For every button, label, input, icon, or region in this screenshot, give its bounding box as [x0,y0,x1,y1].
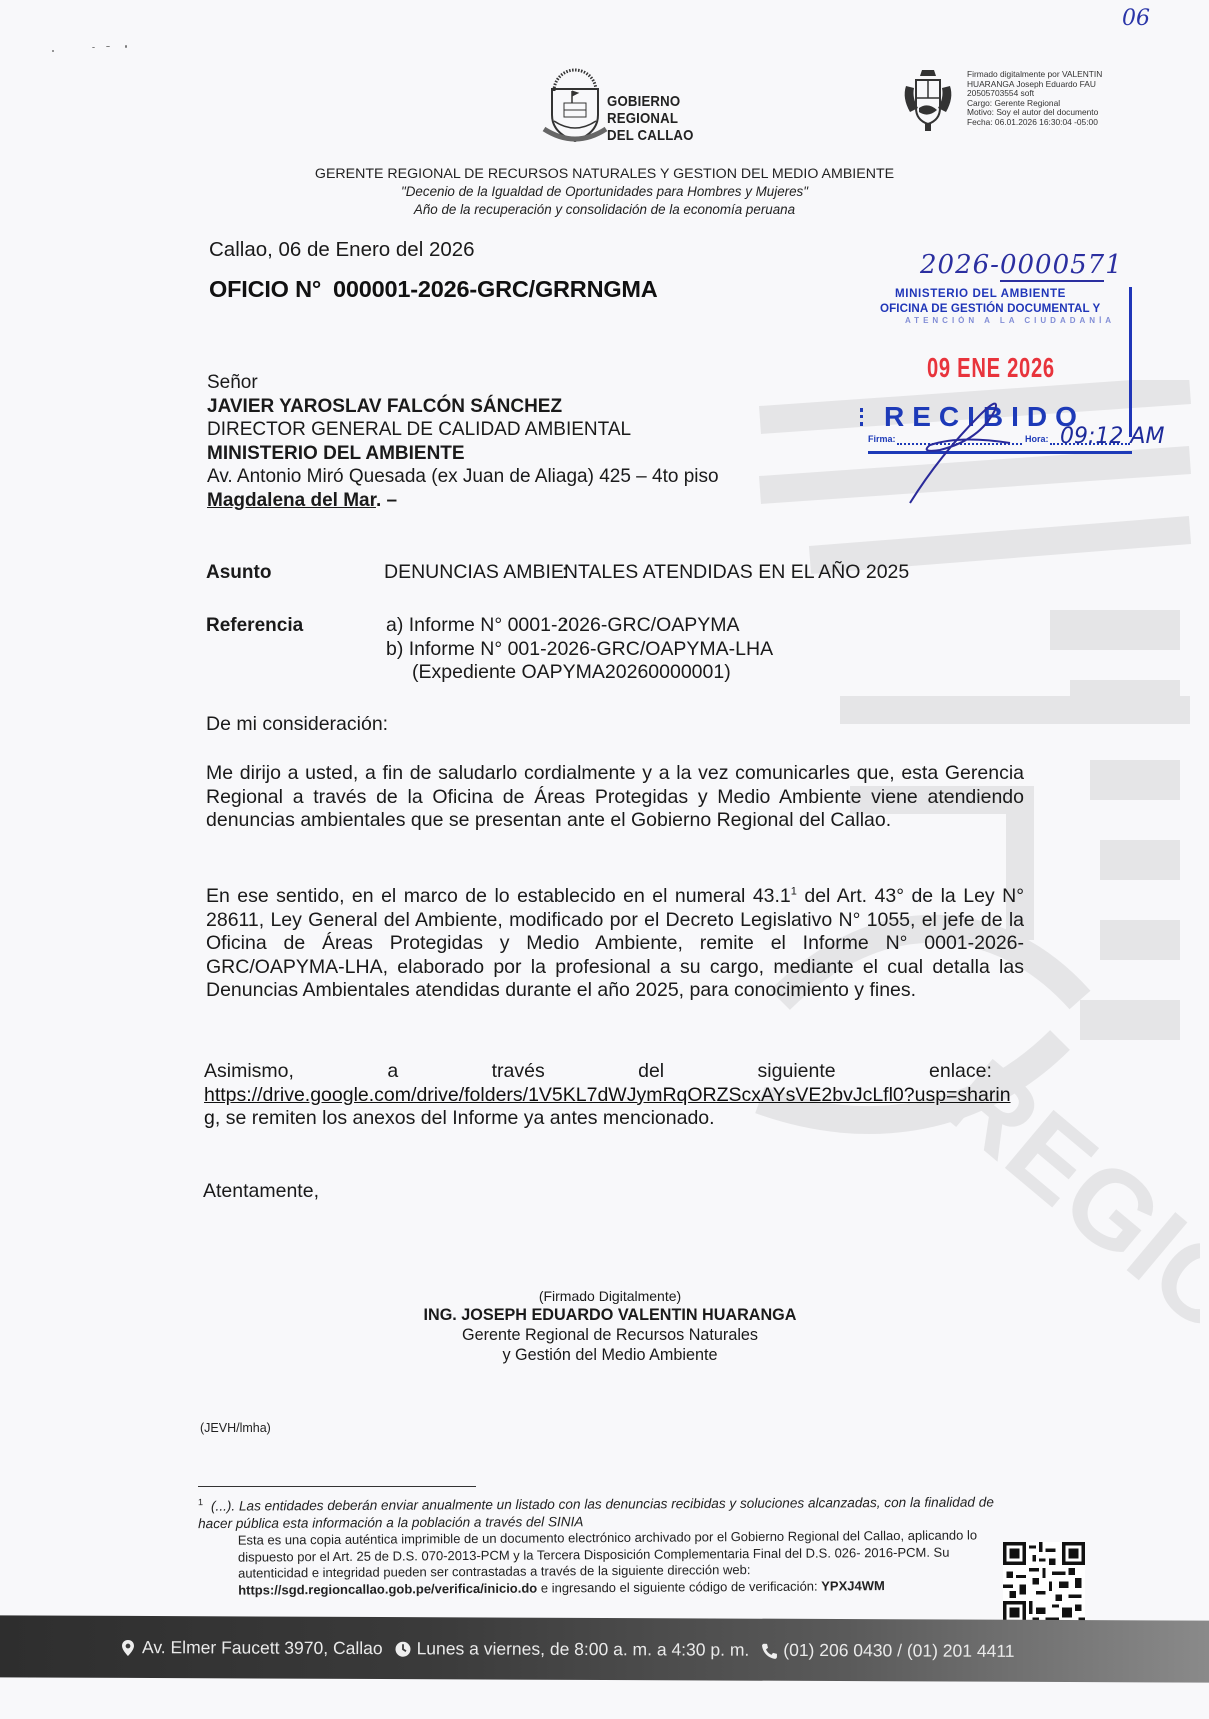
signature-line: Fecha: 06.01.2026 16:30:04 -05:00 [967,118,1102,128]
footnote-marker: 1 [198,1497,203,1507]
addressee-city-suffix: . – [376,490,397,511]
addressee-name: JAVIER YAROSLAV FALCÓN SÁNCHEZ [207,395,719,419]
footer-contact: Av. Elmer Faucett 3970, Callao Lunes a v… [120,1637,1015,1662]
paragraph-text: En ese sentido, en el marco de lo establ… [206,885,791,907]
logo-text: GOBIERNO REGIONAL DEL CALLAO [607,93,694,144]
scan-speck [92,47,95,48]
reference-label: Referencia [206,615,303,636]
logo-line: REGIONAL [607,110,694,127]
verification-notice: Esta es una copia auténtica imprimible d… [238,1527,988,1598]
handwritten-page-number: 06 [1122,6,1150,31]
reference-item: a) Informe N° 0001-2026-GRC/OAPYMA [386,614,773,638]
header-year-name: Año de la recuperación y consolidación d… [0,202,1209,217]
reference-row: Referencia : [206,614,303,637]
verification-text: Esta es una copia auténtica imprimible d… [238,1527,977,1580]
digital-signature-info: Firmado digitalmente por VALENTIN HUARAN… [967,70,1102,128]
verification-code: YPXJ4WM [821,1578,885,1593]
footer-hours: Lunes a viernes, de 8:00 a. m. a 4:30 p.… [395,1638,750,1661]
reference-initials: (JEVH/lmha) [200,1421,271,1435]
addressee-institution: MINISTERIO DEL AMBIENTE [207,442,719,466]
subject-label: Asunto [206,562,271,583]
signer-name: ING. JOSEPH EDUARDO VALENTIN HUARANGA [300,1305,920,1325]
scan-speck [125,45,127,48]
logo-line: DEL CALLAO [607,127,694,144]
scan-speck [52,50,54,52]
greeting: De mi consideración: [206,713,388,736]
logo-line: GOBIERNO [607,93,694,110]
phone-icon [761,1641,777,1659]
stamp-ministry: MINISTERIO DEL AMBIENTE [895,287,1066,300]
oficio-prefix: OFICIO N° [209,276,321,302]
addressee-position: DIRECTOR GENERAL DE CALIDAD AMBIENTAL [207,418,719,442]
footnote: 1(...). Las entidades deberán enviar anu… [198,1490,1028,1532]
footer-address: Av. Elmer Faucett 3970, Callao [120,1637,383,1659]
signer-role: Gerente Regional de Recursos Naturales [300,1325,920,1345]
footer-phone-text: (01) 206 0430 / (01) 201 4411 [783,1640,1014,1662]
signature-note: (Firmado Digitalmente) [300,1288,920,1305]
verification-code-label: e ingresando el siguiente código de veri… [537,1578,821,1595]
oficio-code: 000001-2026-GRC/GRRNGMA [333,276,658,302]
handwritten-signature-icon [900,395,1030,505]
peru-coat-of-arms-icon [900,68,956,132]
scan-speck [106,46,110,47]
subject-row: Asunto : [206,561,271,584]
document-date: Callao, 06 de Enero del 2026 [209,238,475,262]
paragraph-text: Asimismo, a través del siguiente enlace: [204,1060,992,1082]
footer-phone: (01) 206 0430 / (01) 201 4411 [761,1640,1014,1662]
stamp-underline [1000,280,1104,282]
reference-item: b) Informe N° 001-2026-GRC/OAPYMA-LHA [386,638,773,662]
header-office: GERENTE REGIONAL DE RECURSOS NATURALES Y… [0,166,1209,182]
footer-hours-text: Lunes a viernes, de 8:00 a. m. a 4:30 p.… [417,1638,750,1660]
subject-value: DENUNCIAS AMBIENTALES ATENDIDAS EN EL AÑ… [384,561,909,584]
stamp-dots [860,408,863,426]
body-paragraph-1: Me dirijo a usted, a fin de saludarlo co… [206,762,1024,833]
stamp-received-date: 09 ENE 2026 [927,352,1055,384]
stamp-firma-label: Firma: [868,434,896,444]
stamp-border [1129,287,1132,437]
gobierno-regional-callao-logo-icon [540,63,610,149]
clock-icon [395,1640,411,1658]
header-decenio: "Decenio de la Igualdad de Oportunidades… [0,184,1209,199]
addressee-salutation: Señor [207,371,719,395]
signature-block: (Firmado Digitalmente) ING. JOSEPH EDUAR… [300,1288,920,1365]
reference-item: (Expediente OAPYMA20260000001) [386,661,773,685]
stamp-time: 09:12 AM [1060,424,1164,449]
body-paragraph-3: Asimismo, a través del siguiente enlace:… [204,1060,1022,1131]
footer-address-text: Av. Elmer Faucett 3970, Callao [142,1637,383,1659]
paragraph-text: , se remiten los anexos del Informe ya a… [215,1107,715,1129]
stamp-office: OFICINA DE GESTIÓN DOCUMENTAL Y [880,302,1100,315]
addressee-block: Señor JAVIER YAROSLAV FALCÓN SÁNCHEZ DIR… [207,371,719,512]
verification-url[interactable]: https://sgd.regioncallao.gob.pe/verifica… [238,1580,537,1597]
stamp-registry-number: 2026-0000571 [920,250,1123,280]
stamp-office-cont: ATENCIÓN A LA CIUDADANÍA [905,316,1115,325]
qr-code-icon[interactable] [1003,1542,1085,1624]
signer-role: y Gestión del Medio Ambiente [300,1345,920,1365]
footnote-divider [198,1486,476,1487]
addressee-city: Magdalena del Mar [207,490,376,511]
oficio-number: OFICIO N°000001-2026-GRC/GRRNGMA [209,276,658,303]
addressee-address: Av. Antonio Miró Quesada (ex Juan de Ali… [207,465,719,489]
document-page: REGIÓN 06 GOBIERNO REGIONAL DEL CALLAO [0,0,1209,1719]
closing: Atentamente, [203,1180,319,1203]
reference-list: a) Informe N° 0001-2026-GRC/OAPYMA b) In… [386,614,773,685]
body-paragraph-2: En ese sentido, en el marco de lo establ… [206,885,1024,1003]
footnote-text: (...). Las entidades deberán enviar anua… [198,1495,994,1531]
location-pin-icon [120,1639,136,1657]
